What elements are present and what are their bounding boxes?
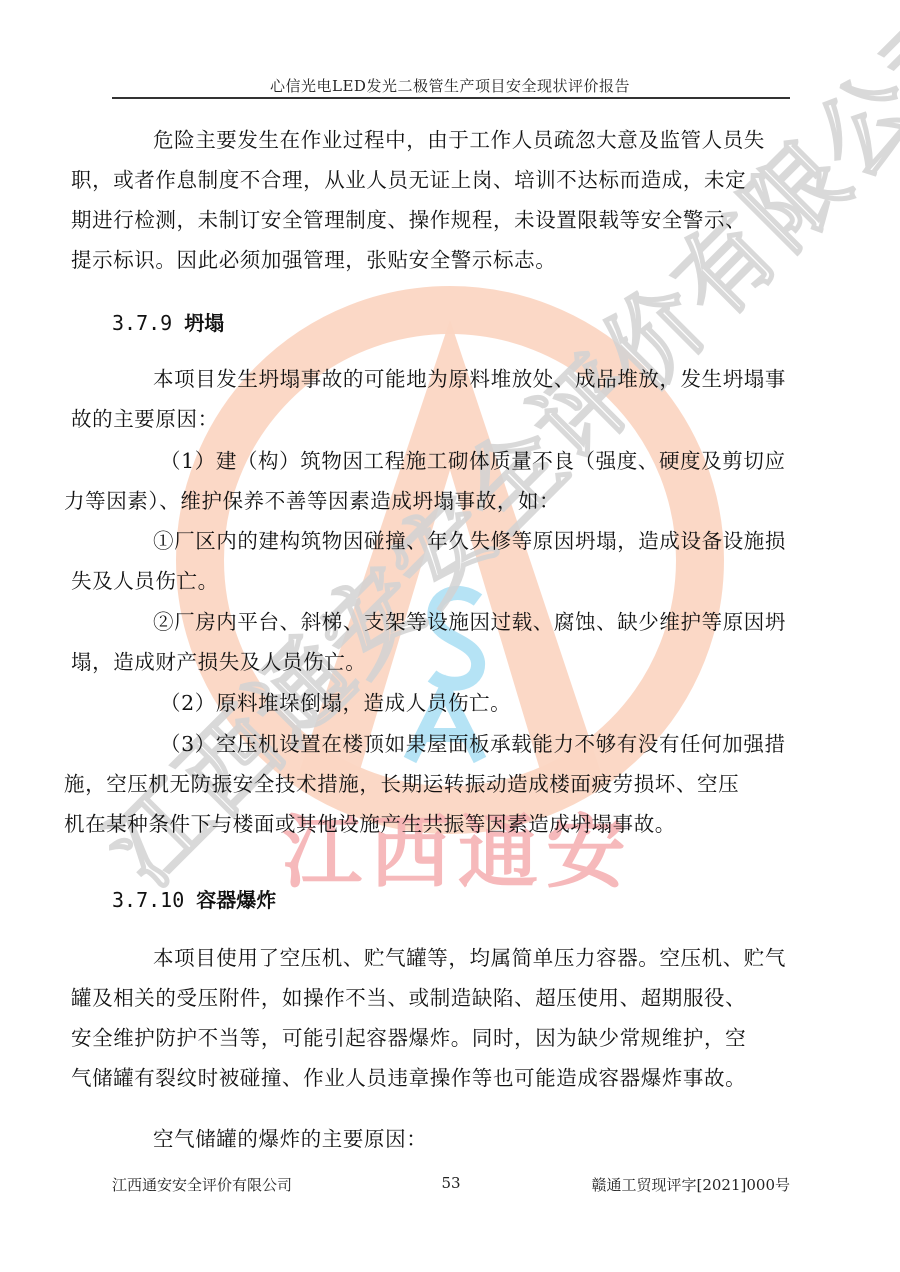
collapse-cause-2: （2）原料堆垛倒塌，造成人员伤亡。 [112, 683, 790, 723]
section-heading-3-7-10: 3.7.10 容器爆炸 [112, 884, 276, 913]
vessel-explosion-paragraph: 本项目使用了空压机、贮气罐等，均属简单压力容器。空压机、贮气 罐及相关的受压附件… [112, 938, 790, 1098]
collapse-intro-paragraph: 本项目发生坍塌事故的可能地为原料堆放处、成品堆放，发生坍塌事 故的主要原因： [112, 359, 790, 439]
air-tank-causes-intro: 空气储罐的爆炸的主要原因： [112, 1119, 790, 1159]
collapse-cause-3: （3）空压机设置在楼顶如果屋面板承载能力不够有没有任何加强措 施，空压机无防振安… [112, 724, 790, 844]
document-page: 江西通安安全评价有限公司 江西通安 心信光电LED发光二极管生产项目安全现状评价… [0, 0, 900, 1272]
collapse-cause-1-sub-1: ①厂区内的建构筑物因碰撞、年久失修等原因坍塌，造成设备设施损 失及人员伤亡。 [112, 521, 790, 601]
header-divider [112, 97, 790, 99]
collapse-cause-1: （1）建（构）筑物因工程施工砌体质量不良（强度、硬度及剪切应 力等因素）、维护保… [112, 441, 790, 521]
intro-paragraph: 危险主要发生在作业过程中，由于工作人员疏忽大意及监管人员失 职，或者作息制度不合… [112, 120, 790, 280]
page-header-title: 心信光电LED发光二极管生产项目安全现状评价报告 [112, 75, 788, 96]
collapse-cause-1-sub-2: ②厂房内平台、斜梯、支架等设施因过载、腐蚀、缺少维护等原因坍 塌，造成财产损失及… [112, 602, 790, 682]
section-heading-3-7-9: 3.7.9 坍塌 [112, 307, 224, 336]
page-footer: 江西通安安全评价有限公司 53 赣通工贸现评字[2021]000号 [112, 1174, 790, 1196]
footer-document-number: 赣通工贸现评字[2021]000号 [591, 1174, 790, 1195]
